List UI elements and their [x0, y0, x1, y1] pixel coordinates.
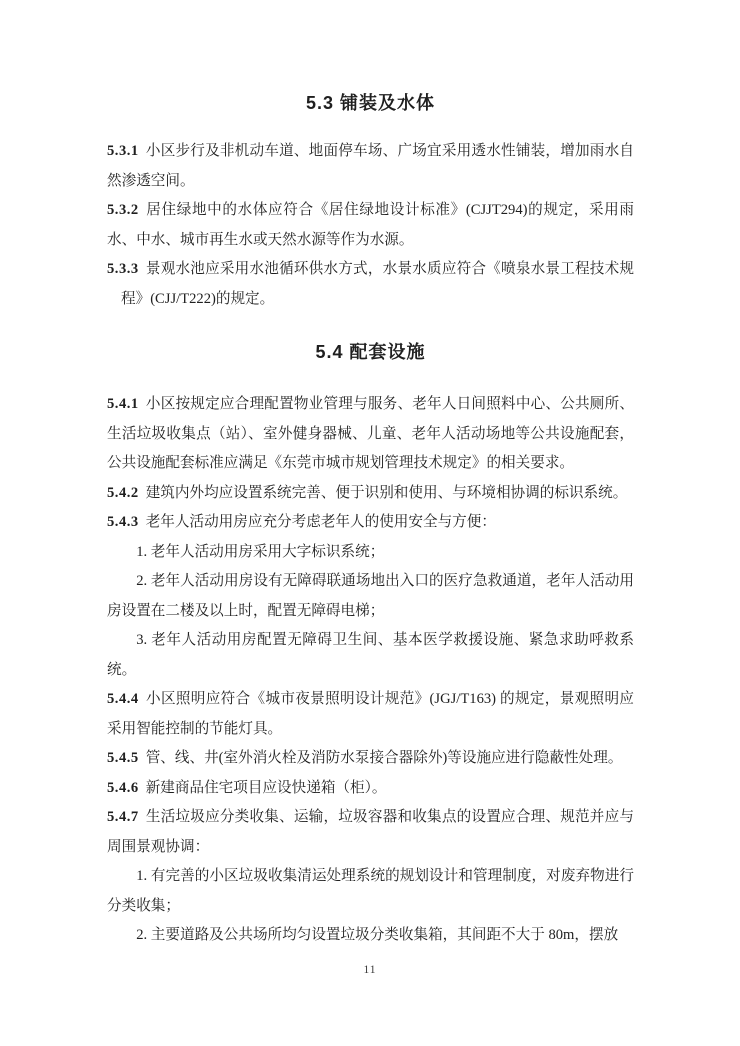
- clause-5-4-7: 5.4.7生活垃圾应分类收集、运输，垃圾容器和收集点的设置应合理、规范并应与周围…: [107, 803, 634, 862]
- clause-text: 老年人活动用房应充分考虑老年人的使用安全与方便：: [146, 514, 496, 530]
- clause-number: 5.4.3: [107, 514, 139, 530]
- clause-number: 5.4.1: [107, 396, 139, 412]
- clause-text: 新建商品住宅项目应设快递箱（柜）。: [146, 780, 387, 796]
- clause-text: 小区步行及非机动车道、地面停车场、广场宜采用透水性铺装，增加雨水自然渗透空间。: [107, 143, 634, 189]
- clause-5-4-5: 5.4.5管、线、井(室外消火栓及消防水泵接合器除外)等设施应进行隐蔽性处理。: [107, 744, 634, 774]
- subclause-5-4-3-1: 1. 老年人活动用房采用大字标识系统；: [107, 538, 634, 568]
- clause-5-4-1: 5.4.1小区按规定应合理配置物业管理与服务、老年人日间照料中心、公共厕所、生活…: [107, 390, 634, 479]
- clause-number: 5.4.4: [107, 691, 139, 707]
- clause-number: 5.3.3: [107, 261, 139, 277]
- clause-5-3-2: 5.3.2居住绿地中的水体应符合《居住绿地设计标准》(CJJT294)的规定，采…: [107, 196, 634, 255]
- clause-text: 景观水池应采用水池循环供水方式，水景水质应符合《喷泉水景工程技术规程》(CJJ/…: [121, 261, 634, 307]
- clause-number: 5.4.7: [107, 809, 139, 825]
- section-heading-5-4: 5.4 配套设施: [107, 339, 634, 365]
- clause-text: 小区按规定应合理配置物业管理与服务、老年人日间照料中心、公共厕所、生活垃圾收集点…: [107, 396, 634, 471]
- clause-number: 5.3.1: [107, 143, 139, 159]
- clause-5-4-3: 5.4.3老年人活动用房应充分考虑老年人的使用安全与方便：: [107, 508, 634, 538]
- subclause-5-4-7-2: 2. 主要道路及公共场所均匀设置垃圾分类收集箱，其间距不大于 80m，摆放: [107, 921, 634, 951]
- subclause-5-4-3-2: 2. 老年人活动用房设有无障碍联通场地出入口的医疗急救通道，老年人活动用房设置在…: [107, 567, 634, 626]
- page-number: 11: [0, 964, 740, 976]
- section-heading-5-3: 5.3 铺装及水体: [107, 90, 634, 116]
- clause-5-4-2: 5.4.2建筑内外均应设置系统完善、便于识别和使用、与环境相协调的标识系统。: [107, 479, 634, 509]
- clause-text: 管、线、井(室外消火栓及消防水泵接合器除外)等设施应进行隐蔽性处理。: [146, 750, 623, 766]
- clause-text: 生活垃圾应分类收集、运输，垃圾容器和收集点的设置应合理、规范并应与周围景观协调：: [107, 809, 634, 855]
- subclause-5-4-3-3: 3. 老年人活动用房配置无障碍卫生间、基本医学救援设施、紧急求助呼救系统。: [107, 626, 634, 685]
- clause-5-3-1: 5.3.1小区步行及非机动车道、地面停车场、广场宜采用透水性铺装，增加雨水自然渗…: [107, 137, 634, 196]
- clause-text: 建筑内外均应设置系统完善、便于识别和使用、与环境相协调的标识系统。: [146, 485, 628, 501]
- clause-number: 5.4.5: [107, 750, 139, 766]
- clause-number: 5.4.2: [107, 485, 139, 501]
- clause-text: 居住绿地中的水体应符合《居住绿地设计标准》(CJJT294)的规定，采用雨水、中…: [107, 202, 634, 248]
- document-page: 5.3 铺装及水体 5.3.1小区步行及非机动车道、地面停车场、广场宜采用透水性…: [0, 0, 740, 1046]
- subclause-5-4-7-1: 1. 有完善的小区垃圾收集清运处理系统的规划设计和管理制度，对废弃物进行分类收集…: [107, 862, 634, 921]
- clause-text: 小区照明应符合《城市夜景照明设计规范》(JGJ/T163) 的规定，景观照明应采…: [107, 691, 634, 737]
- clause-number: 5.3.2: [107, 202, 139, 218]
- clause-5-4-6: 5.4.6新建商品住宅项目应设快递箱（柜）。: [107, 774, 634, 804]
- clause-5-4-4: 5.4.4小区照明应符合《城市夜景照明设计规范》(JGJ/T163) 的规定，景…: [107, 685, 634, 744]
- clause-number: 5.4.6: [107, 780, 139, 796]
- clause-5-3-3: 5.3.3景观水池应采用水池循环供水方式，水景水质应符合《喷泉水景工程技术规程》…: [107, 255, 634, 314]
